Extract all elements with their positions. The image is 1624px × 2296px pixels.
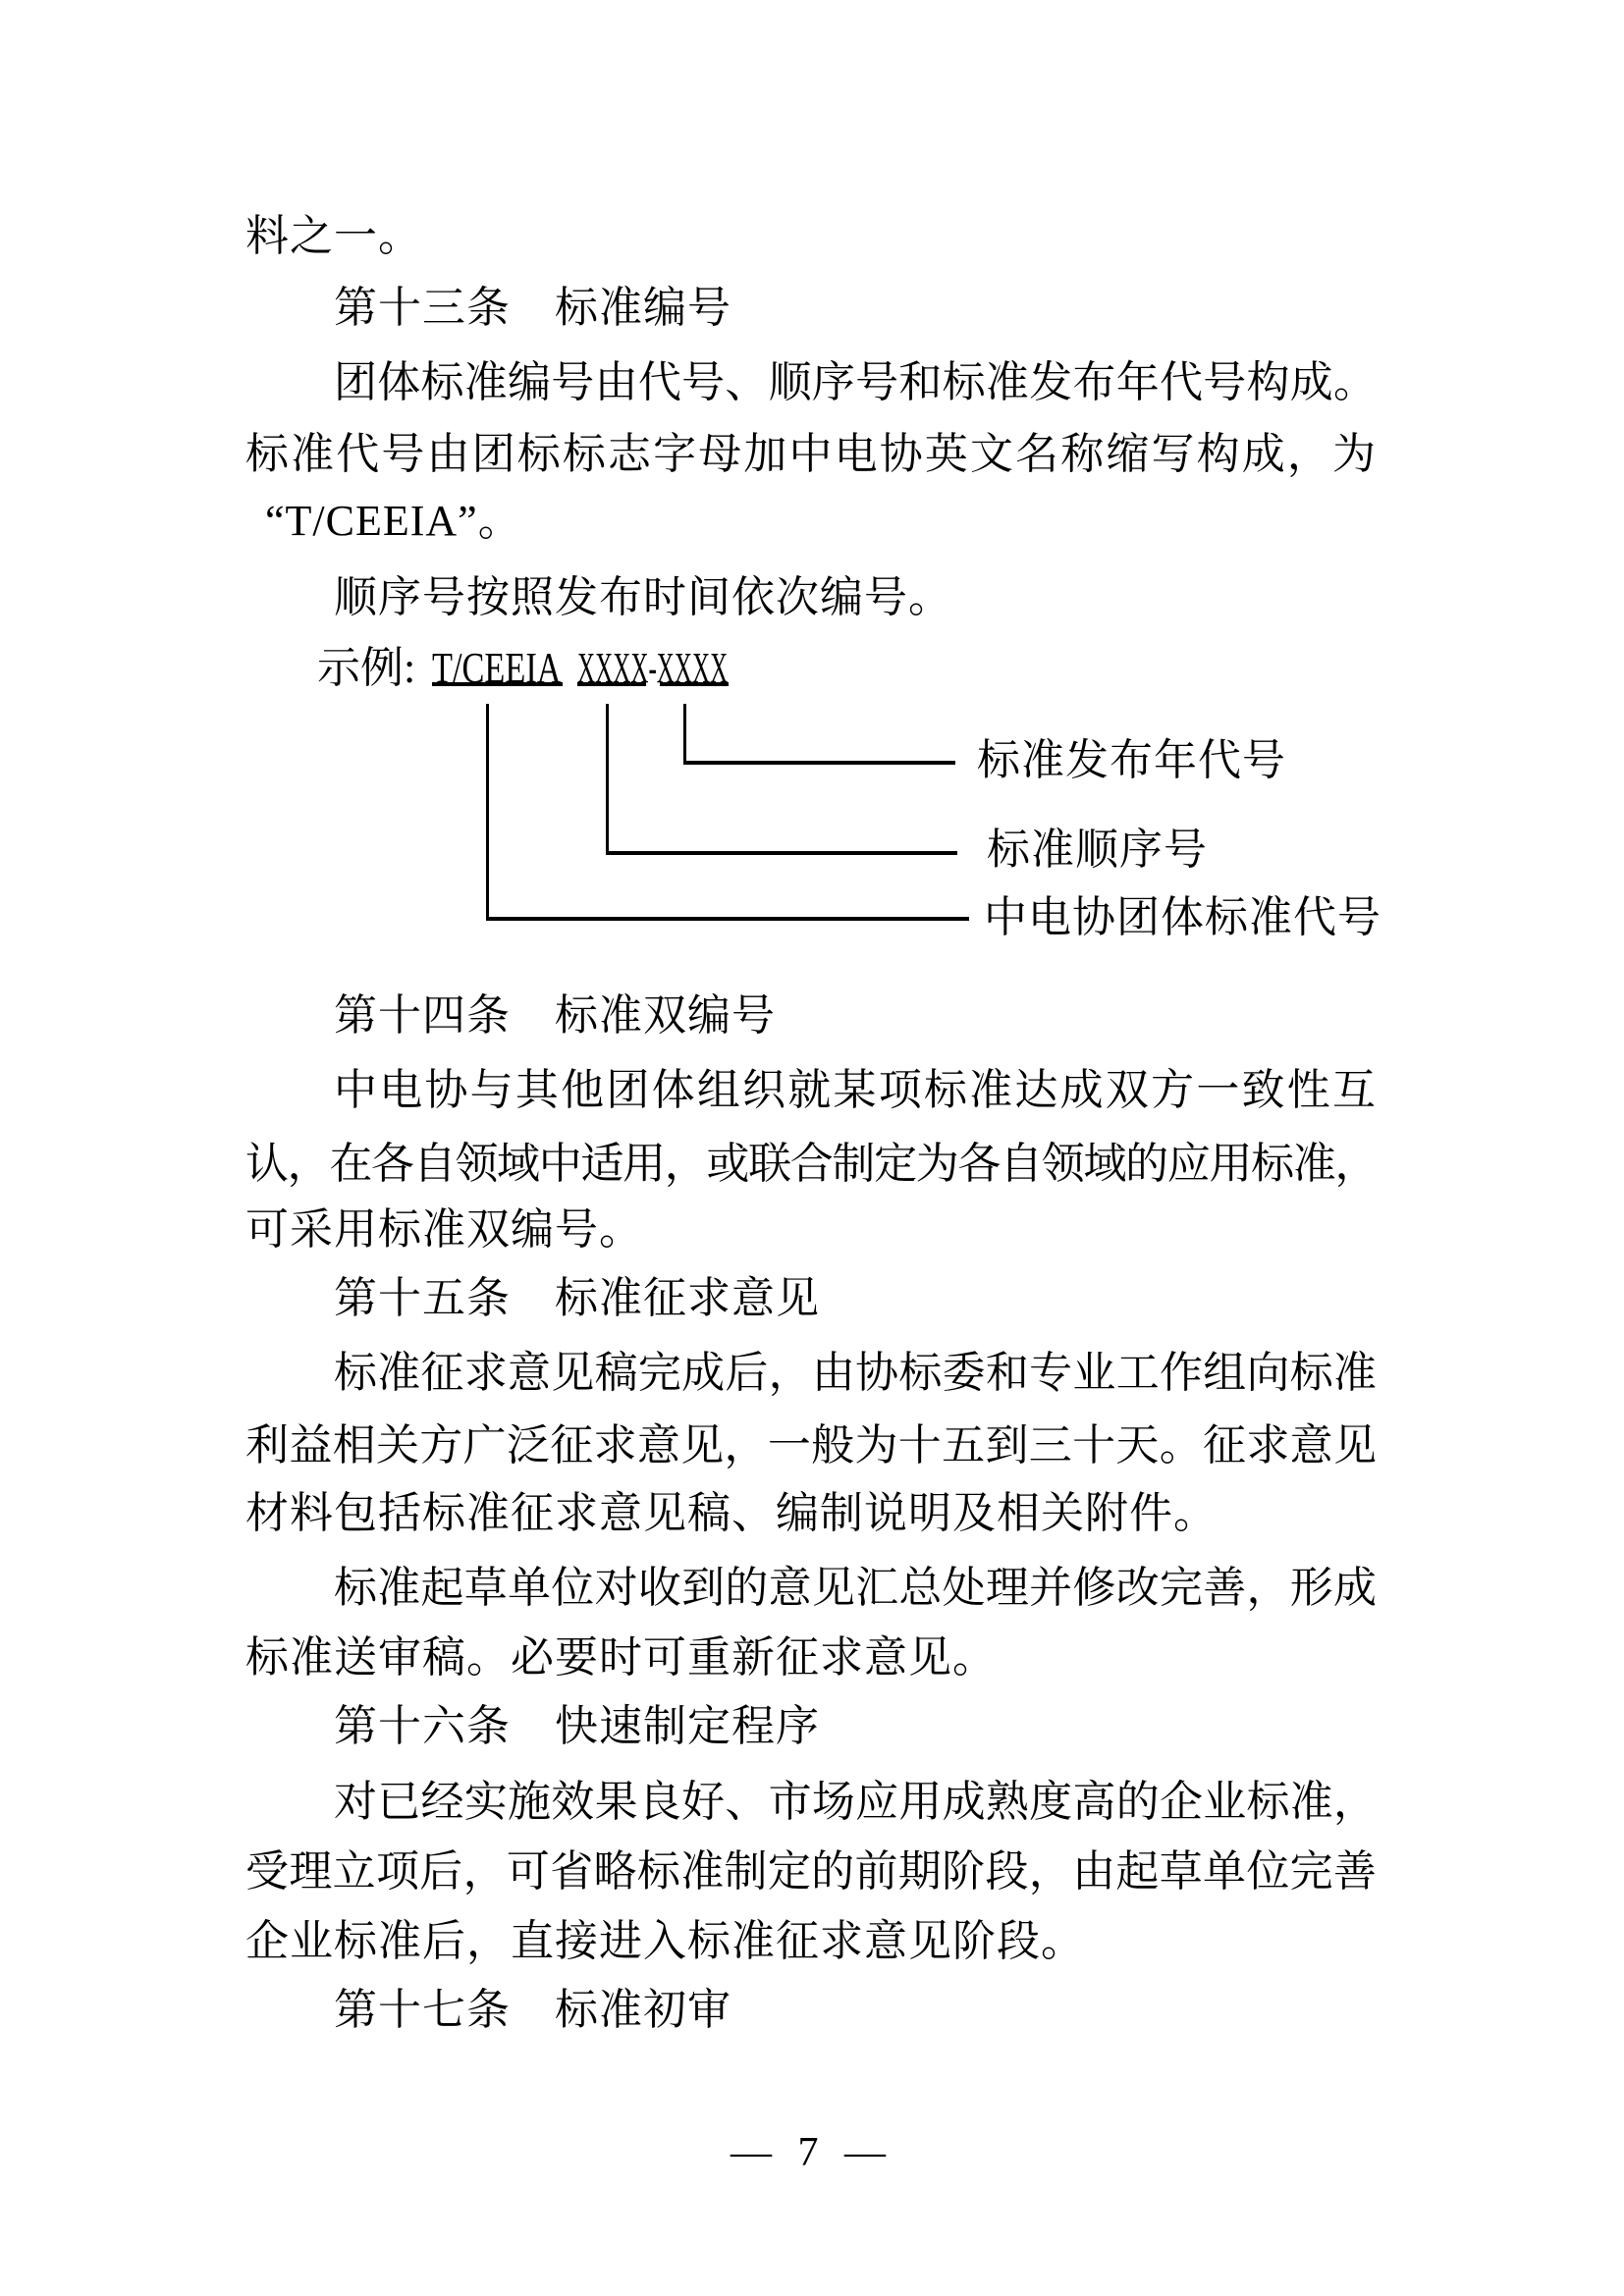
text-line: 标准起草单位对收到的意见汇总处理并修改完善，形成 [245, 1552, 1377, 1624]
document-page: 料之一。 第十三条 标准编号 团体标准编号由代号、顺序号和标准发布年代号构成。 … [0, 0, 1624, 2296]
callout-line-code-vertical [486, 704, 489, 921]
text-line: 标准征求意见稿完成后，由协标委和专业工作组向标准 [245, 1337, 1377, 1409]
underline-sequence [577, 682, 646, 686]
heading-article-16: 第十六条 快速制定程序 [245, 1690, 1377, 1762]
callout-line-sequence-vertical [606, 704, 609, 855]
callout-label-code: 中电协团体标准代号 [984, 895, 1381, 940]
text-line: 顺序号按照发布时间依次编号。 [245, 561, 1377, 633]
page-number: — 7 — [0, 2128, 1624, 2177]
text-line-code-quote: “T/CEEIA”。 [245, 485, 1377, 557]
standard-code-number: XXXX-XXXX [577, 632, 841, 704]
underline-prefix [432, 682, 563, 686]
text-line-continuation: 料之一。 [245, 200, 1377, 272]
text-line: 团体标准编号由代号、顺序号和标准发布年代号构成。 [245, 347, 1377, 418]
text-line: 标准代号由团标标志字母加中电协英文名称缩写构成，为 [245, 418, 1377, 490]
text-line: 对已经实施效果良好、市场应用成熟度高的企业标准， [245, 1766, 1377, 1838]
example-label: 示例: [317, 632, 415, 704]
text-line: 企业标准后，直接进入标准征求意见阶段。 [245, 1905, 1377, 1977]
heading-article-13: 第十三条 标准编号 [245, 272, 1377, 344]
callout-line-sequence-horizontal [606, 851, 957, 855]
callout-line-year-horizontal [683, 761, 955, 765]
text-line: 认，在各自领域中适用，或联合制定为各自领域的应用标准， [245, 1128, 1377, 1200]
text-line: 受理立项后，可省略标准制定的前期阶段，由起草单位完善 [245, 1836, 1377, 1907]
text-line: 可采用标准双编号。 [245, 1194, 1377, 1265]
callout-label-sequence: 标准顺序号 [987, 828, 1208, 873]
text-line: 标准送审稿。必要时可重新征求意见。 [245, 1622, 1377, 1693]
underline-year [660, 682, 729, 686]
heading-article-17: 第十七条 标准初审 [245, 1974, 1377, 2046]
callout-line-year-vertical [683, 704, 686, 765]
standard-code-prefix: T/CEEIA [432, 632, 598, 704]
heading-article-14: 第十四条 标准双编号 [245, 980, 1377, 1051]
text-line: 利益相关方广泛征求意见，一般为十五到三十天。征求意见 [245, 1410, 1377, 1481]
callout-label-year: 标准发布年代号 [977, 738, 1286, 783]
heading-article-15: 第十五条 标准征求意见 [245, 1262, 1377, 1334]
text-line: 材料包括标准征求意见稿、编制说明及相关附件。 [245, 1477, 1377, 1549]
text-line: 中电协与其他团体组织就某项标准达成双方一致性互 [245, 1054, 1377, 1126]
callout-line-code-horizontal [486, 917, 969, 921]
